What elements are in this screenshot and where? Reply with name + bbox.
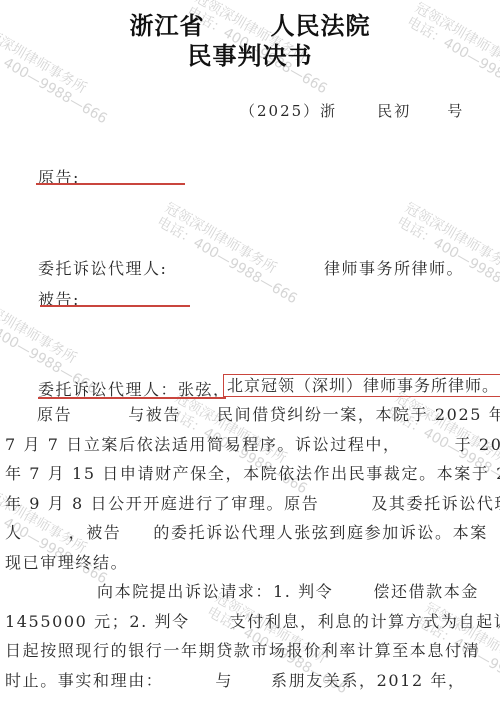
text: 偿还借款本金 (373, 582, 479, 601)
watermark-phone: 电话：400—9988—666 (154, 214, 300, 307)
text: 系朋友关系，2012 年， (271, 671, 466, 690)
paragraph-line: 1455000 元；2. 判令支付利息，利息的计算方式为自起诉之 (5, 607, 497, 637)
claims-paragraph: 向本院提出诉讼请求：1. 判令偿还借款本金 1455000 元；2. 判令支付利… (5, 577, 497, 695)
case-suffix: 号 (447, 102, 464, 120)
text: 1455000 元；2. 判令 (5, 612, 190, 631)
case-background-paragraph: 原告与被告民间借贷纠纷一案，本院于 2025 年 7 月 7 日立案后依法适用简… (5, 400, 497, 577)
paragraph-line: 年 7 月 15 日申请财产保全，本院依法作出民事裁定。本案于 2025 (5, 459, 497, 489)
text: 年 7 月 15 日申请财产保全，本院依法作出民事裁定。本案于 2025 (5, 464, 500, 483)
text: 人 (5, 523, 23, 542)
text: 日起按照现行的银行一年期贷款市场报价利率计算至本息付清 (5, 641, 480, 660)
text: 与被告 (128, 405, 181, 424)
plaintiff-underline-annotation (36, 183, 185, 185)
case-number: （2025）浙民初号 (240, 100, 464, 121)
plaintiff-agent-firm: 律师事务所律师。 (324, 256, 464, 279)
watermark: 冠领深圳律师事务所 电话：400—9988—666 (394, 200, 500, 307)
text: 与 (215, 671, 233, 690)
defendant-agent-firm: 北京冠领（深圳）律师事务所律师。 (223, 374, 500, 397)
paragraph-line: 年 9 月 8 日公开开庭进行了审理。原告及其委托诉讼代理 (5, 489, 497, 519)
text: 原告 (37, 405, 72, 424)
paragraph-line: 时止。事实和理由：与系朋友关系，2012 年， (5, 666, 497, 696)
defendant-underline-annotation (40, 305, 190, 307)
text: 支付利息，利息的计算方式为自起诉之 (230, 612, 500, 631)
text: ，被告 (69, 523, 122, 542)
paragraph-line: 现已审理终结。 (5, 548, 497, 578)
document-type: 民事判决书 (0, 36, 500, 71)
paragraph-line: 7 月 7 日立案后依法适用简易程序。诉讼过程中，于 2025 (5, 430, 497, 460)
text: 及其委托诉讼代理 (371, 494, 500, 513)
watermark: 冠领深圳律师事务所 电话：400—9988—666 (154, 200, 308, 307)
text: 现已审理终结。 (5, 553, 128, 572)
paragraph-line: 向本院提出诉讼请求：1. 判令偿还借款本金 (5, 577, 497, 607)
text: 时止。事实和理由： (5, 671, 163, 690)
text: 年 9 月 8 日公开开庭进行了审理。原告 (5, 494, 319, 513)
defendant-agent-firm-highlight: 北京冠领（深圳）律师事务所律师。 (223, 373, 500, 396)
text: 的委托诉讼代理人张弦到庭参加诉讼。本案 (153, 523, 487, 542)
paragraph-line: 日起按照现行的银行一年期贷款市场报价利率计算至本息付清 (5, 636, 497, 666)
defendant-agent-underline-annotation (38, 397, 226, 399)
case-mid: 民初 (377, 102, 411, 120)
text: 向本院提出诉讼请求：1. 判令 (97, 582, 333, 601)
paragraph-line: 原告与被告民间借贷纠纷一案，本院于 2025 年 (5, 400, 497, 430)
text: 民间借贷纠纷一案，本院于 2025 年 (217, 405, 500, 424)
watermark-text: 冠领深圳律师事务所 (162, 200, 308, 293)
watermark-text: 冠领深圳律师事务所 (402, 200, 500, 293)
case-year: （2025）浙 (240, 102, 337, 120)
judgment-document: 冠领深圳律师事务所 电话：400—9988—666 冠领深圳律师事务所 电话：4… (0, 0, 500, 712)
paragraph-line: 人，被告的委托诉讼代理人张弦到庭参加诉讼。本案 (5, 518, 497, 548)
text: 7 月 7 日立案后依法适用简易程序。诉讼过程中， (5, 435, 401, 454)
text: 于 2025 (455, 435, 500, 454)
plaintiff-agent-label: 委托诉讼代理人: (38, 256, 167, 279)
